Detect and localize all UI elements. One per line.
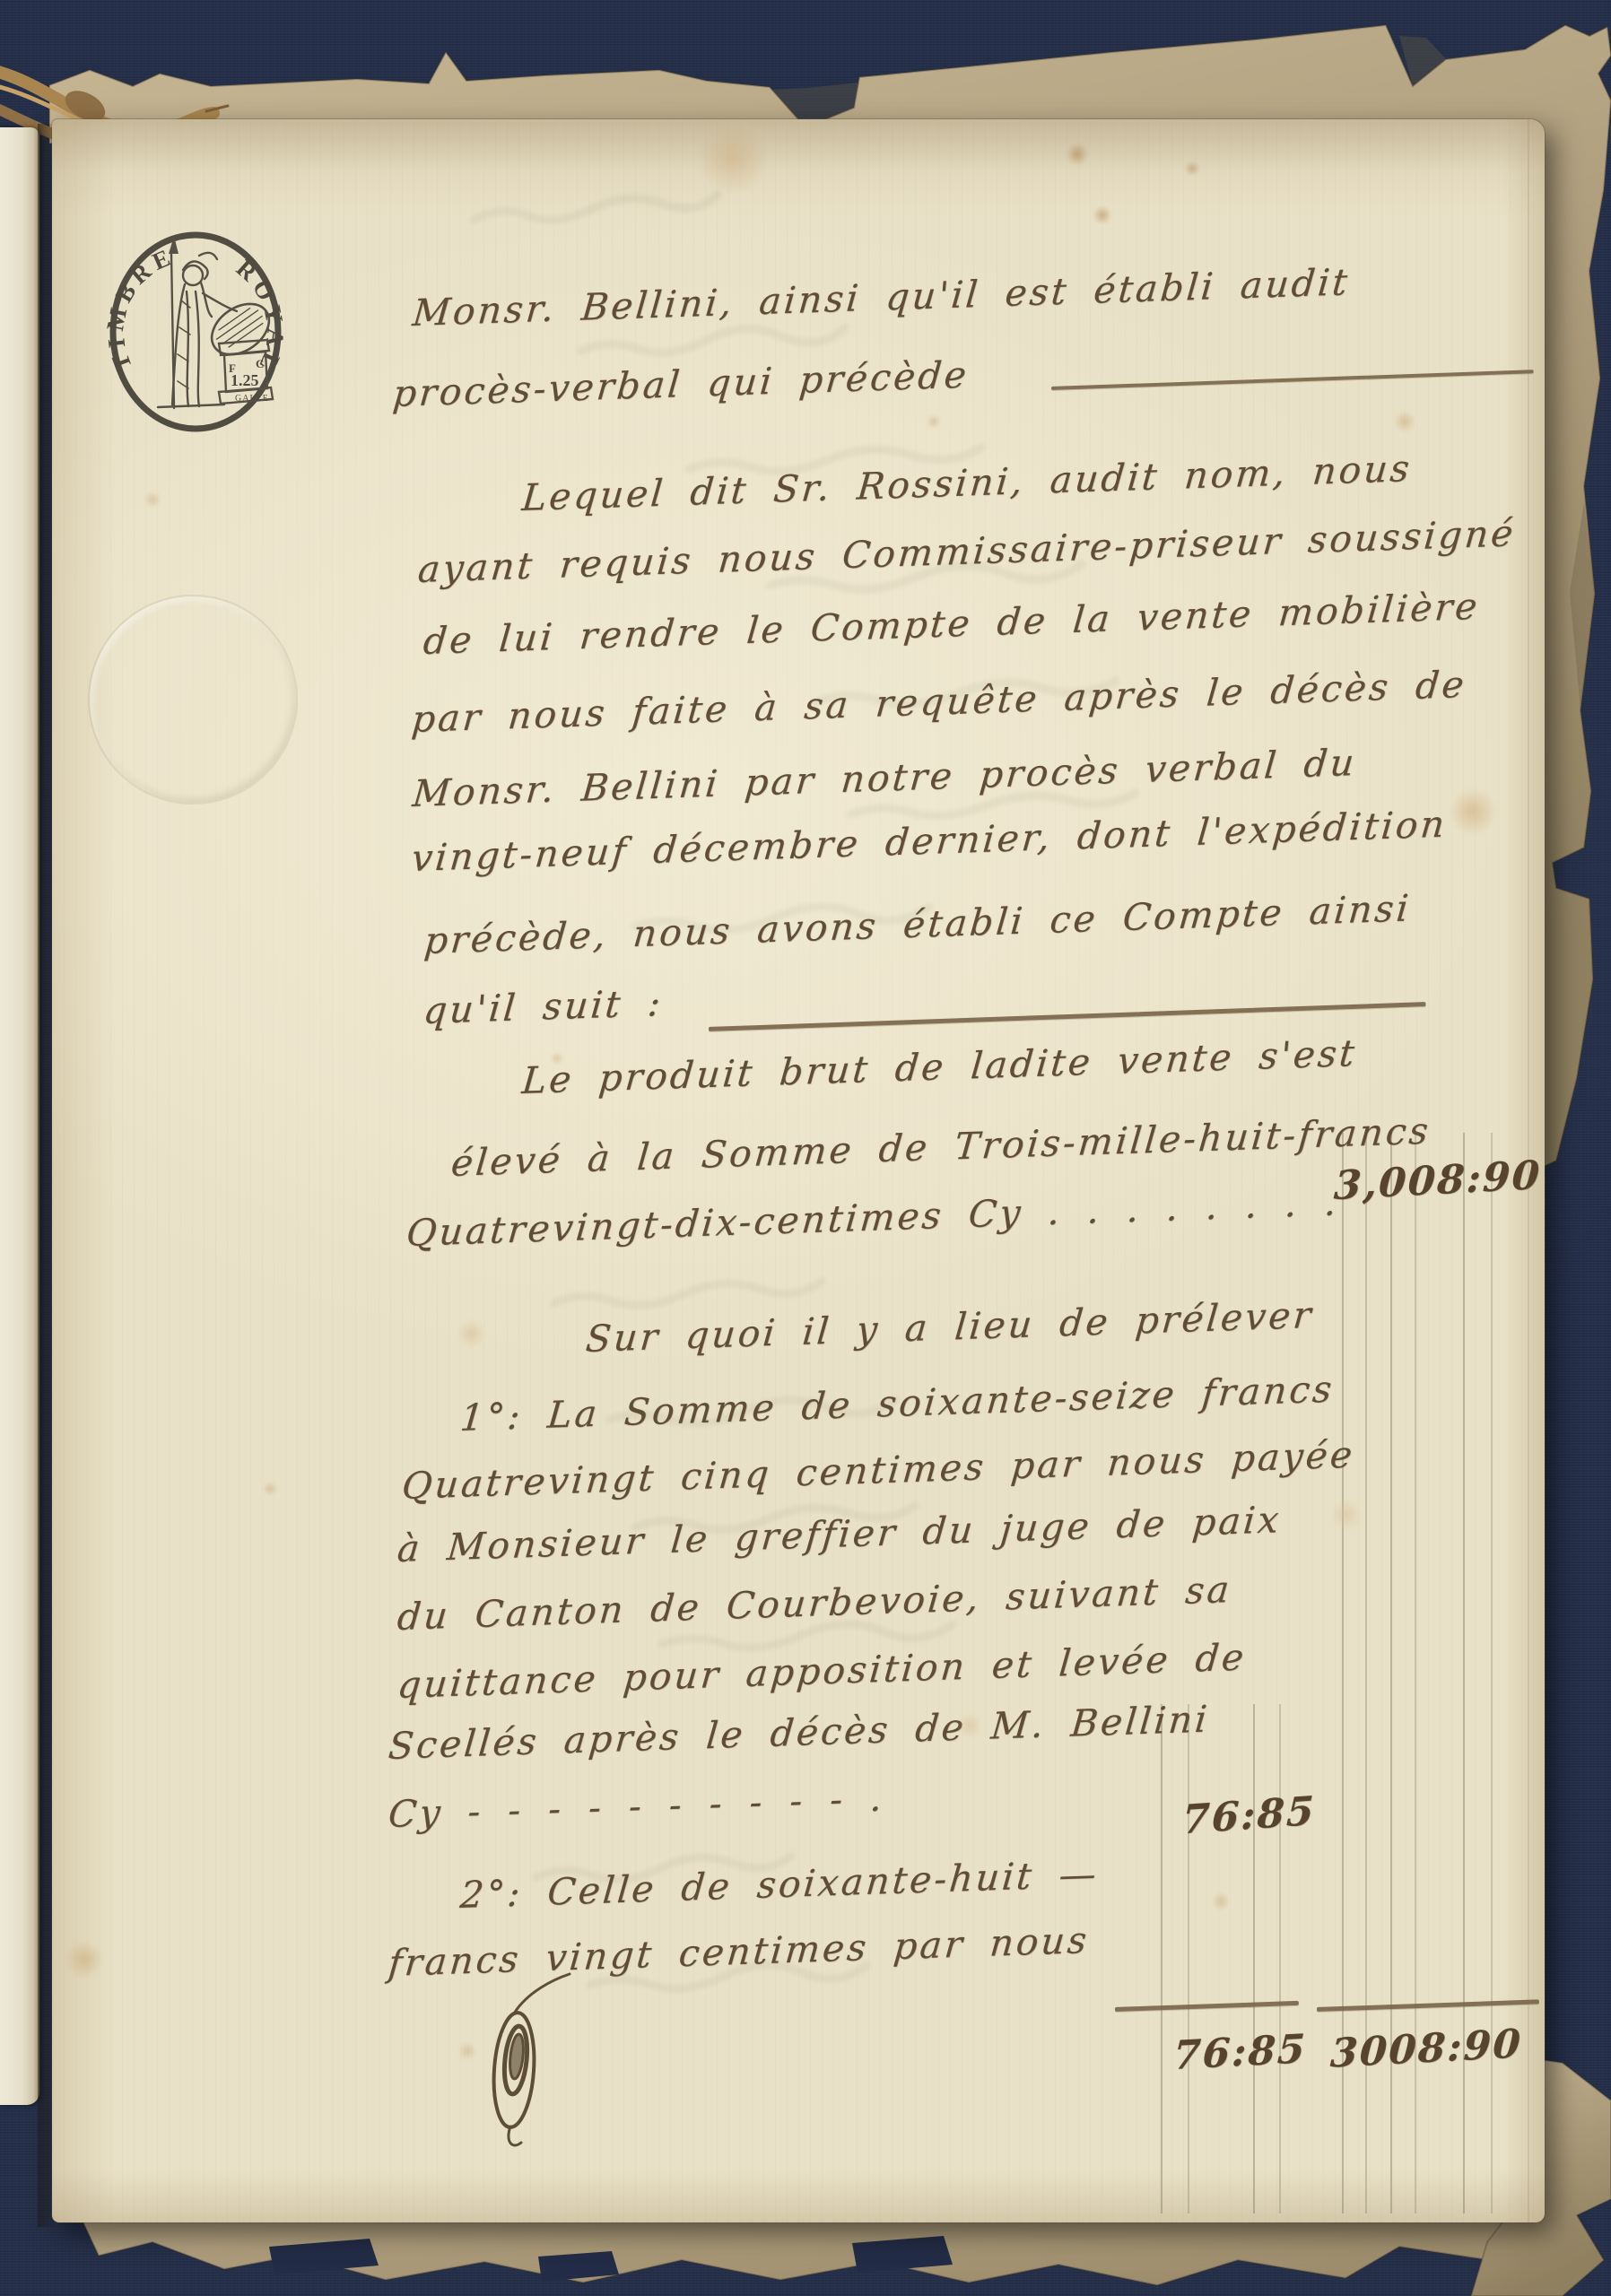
foxing-spot bbox=[1066, 143, 1089, 165]
ink-flourish bbox=[487, 1967, 613, 2164]
foxing-spot bbox=[695, 126, 771, 192]
underlying-page-edge bbox=[0, 127, 39, 2105]
stamp-value: 1.25 bbox=[231, 371, 259, 389]
amount-figure: 76:85 bbox=[1181, 1788, 1316, 1844]
stamp-centime-label: C bbox=[256, 357, 264, 370]
account-column-line bbox=[1279, 1704, 1281, 2213]
foxing-spot bbox=[1184, 161, 1200, 176]
document-photo: TIMBRE ROYAL. bbox=[0, 0, 1611, 2296]
account-column-line bbox=[1161, 1704, 1163, 2213]
timbre-royal-stamp: TIMBRE ROYAL. bbox=[106, 229, 285, 435]
manuscript-page: TIMBRE ROYAL. bbox=[52, 119, 1545, 2222]
manuscript-line: qu'il suit : bbox=[422, 981, 665, 1032]
foxing-spot bbox=[262, 1482, 278, 1496]
foxing-spot bbox=[65, 1942, 104, 1978]
foxing-spot bbox=[1393, 411, 1416, 432]
account-column-line bbox=[1253, 1704, 1255, 2213]
foxing-spot bbox=[550, 1052, 564, 1065]
stamp-engraver: GALLE bbox=[235, 394, 269, 404]
account-column-line bbox=[1188, 1704, 1189, 2213]
foxing-spot bbox=[927, 415, 941, 428]
svg-text:TIMBRE: TIMBRE bbox=[106, 242, 179, 375]
total-figure: 76:85 bbox=[1172, 2026, 1308, 2079]
foxing-spot bbox=[1448, 788, 1498, 835]
foxing-spot bbox=[956, 1714, 983, 1737]
foxing-spot bbox=[144, 491, 161, 508]
foxing-spot bbox=[1093, 206, 1112, 224]
embossed-seal bbox=[88, 595, 298, 804]
foxing-spot bbox=[1211, 1892, 1231, 1910]
stamp-arc-left-label: TIMBRE bbox=[106, 242, 179, 375]
foxing-spot bbox=[457, 2042, 477, 2060]
foxing-spot bbox=[457, 1320, 487, 1347]
foxing-spot bbox=[1329, 1500, 1363, 1530]
